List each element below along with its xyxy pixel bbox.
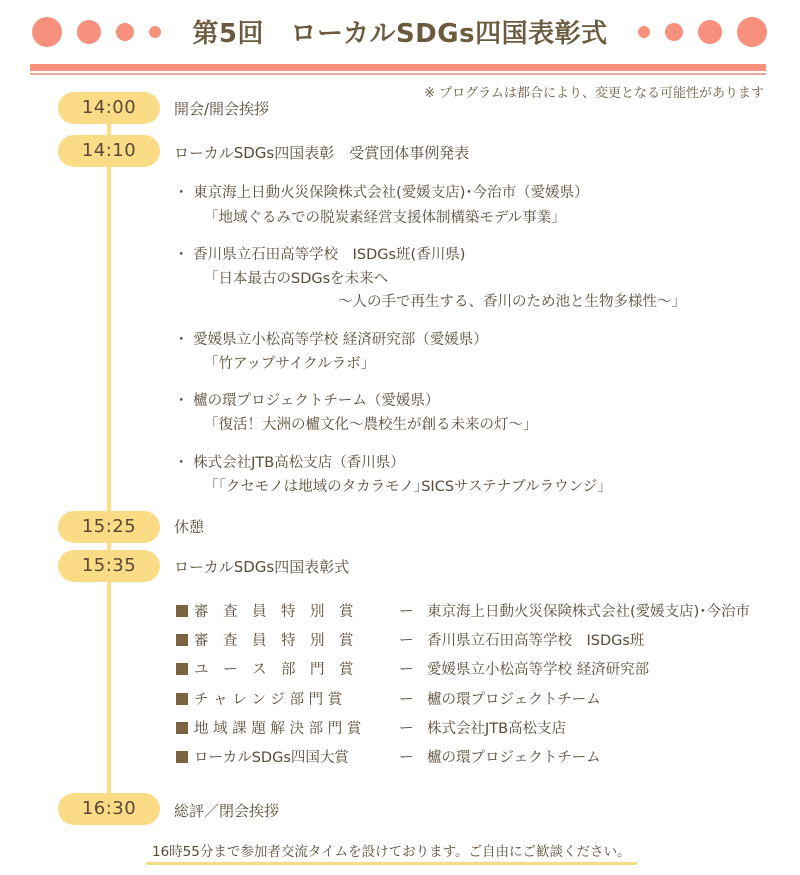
presenter-org: ・ 櫨の環プロジェクトチーム（愛媛県） (174, 389, 439, 410)
schedule-item-label: 開会/開会挨拶 (174, 98, 269, 119)
award-row: 地 域 課 題 解 決 部 門 賞ー株式会社JTB高松支店 (176, 717, 566, 738)
award-row: ユ ー ス 部 門 賞ー愛媛県立小松高等学校 経済研究部 (176, 658, 649, 679)
square-bullet-icon (176, 605, 188, 617)
square-bullet-icon (176, 751, 188, 763)
award-row: 審 査 員 特 別 賞ー東京海上日動火災保険株式会社(愛媛支店)･今治市 (176, 600, 750, 621)
award-dash: ー (399, 746, 427, 767)
footer-note: 16時55分まで参加者交流タイムを設けております。ご自由にご歓談ください。 (146, 840, 637, 865)
award-winner: 東京海上日動火災保険株式会社(愛媛支店)･今治市 (427, 604, 750, 620)
award-winner: 愛媛県立小松高等学校 経済研究部 (427, 662, 649, 678)
square-bullet-icon (176, 663, 188, 675)
schedule-item-label: ローカルSDGs四国表彰 受賞団体事例発表 (174, 142, 469, 163)
header-divider (30, 64, 766, 71)
presentation-title: 「竹アップサイクルラボ」 (204, 352, 375, 373)
time-badge: 14:00 (58, 92, 160, 124)
award-dash: ー (399, 717, 427, 738)
timeline-line (107, 108, 111, 808)
presentation-title: 「日本最古のSDGsを未来へ (204, 267, 388, 288)
header-divider-thin (30, 73, 766, 75)
presentation-title: 「復活！大洲の櫨文化～農校生が創る未来の灯～」 (204, 413, 538, 434)
time-badge: 15:35 (58, 550, 160, 582)
presentation-title: 「｢クセモノは地域のタカラモノ｣SICSサステナブルラウンジ」 (204, 475, 612, 496)
award-category: 地 域 課 題 解 決 部 門 賞 (194, 717, 399, 738)
award-category: ローカルSDGs四国大賞 (194, 746, 399, 767)
award-winner: 香川県立石田高等学校 ISDGs班 (427, 633, 644, 649)
award-winner: 株式会社JTB高松支店 (427, 721, 566, 737)
page-title: 第5回 ローカルSDGs四国表彰式 (0, 13, 800, 50)
square-bullet-icon (176, 634, 188, 646)
time-badge: 16:30 (58, 793, 160, 825)
schedule-note: ※ プログラムは都合により、変更となる可能性があります (424, 82, 764, 101)
award-dash: ー (399, 600, 427, 621)
square-bullet-icon (176, 722, 188, 734)
award-winner: 櫨の環プロジェクトチーム (427, 750, 601, 766)
award-row: 審 査 員 特 別 賞ー香川県立石田高等学校 ISDGs班 (176, 629, 644, 650)
award-dash: ー (399, 658, 427, 679)
award-dash: ー (399, 629, 427, 650)
time-badge: 14:10 (58, 135, 160, 167)
presenter-org: ・ 香川県立石田高等学校 ISDGs班(香川県) (174, 243, 465, 264)
schedule-item-label: 総評／閉会挨拶 (174, 800, 279, 821)
presentation-subtitle: ～人の手で再生する、香川のため池と生物多様性～」 (338, 290, 686, 311)
award-category: 審 査 員 特 別 賞 (194, 629, 399, 650)
award-category: チ ャ レ ン ジ 部 門 賞 (194, 688, 399, 709)
presentation-title: 「地域ぐるみでの脱炭素経営支援体制構築モデル事業」 (204, 206, 566, 227)
award-category: ユ ー ス 部 門 賞 (194, 658, 399, 679)
schedule-item-label: 休憩 (174, 516, 204, 537)
award-row: チ ャ レ ン ジ 部 門 賞ー櫨の環プロジェクトチーム (176, 688, 601, 709)
award-row: ローカルSDGs四国大賞ー櫨の環プロジェクトチーム (176, 746, 601, 767)
award-dash: ー (399, 688, 427, 709)
square-bullet-icon (176, 693, 188, 705)
time-badge: 15:25 (58, 511, 160, 543)
schedule-item-label: ローカルSDGs四国表彰式 (174, 556, 349, 577)
presenter-org: ・ 株式会社JTB高松支店（香川県） (174, 451, 405, 472)
award-category: 審 査 員 特 別 賞 (194, 600, 399, 621)
presenter-org: ・ 東京海上日動火災保険株式会社(愛媛支店)･今治市（愛媛県） (174, 181, 589, 202)
presenter-org: ・ 愛媛県立小松高等学校 経済研究部（愛媛県） (174, 328, 488, 349)
award-winner: 櫨の環プロジェクトチーム (427, 692, 601, 708)
